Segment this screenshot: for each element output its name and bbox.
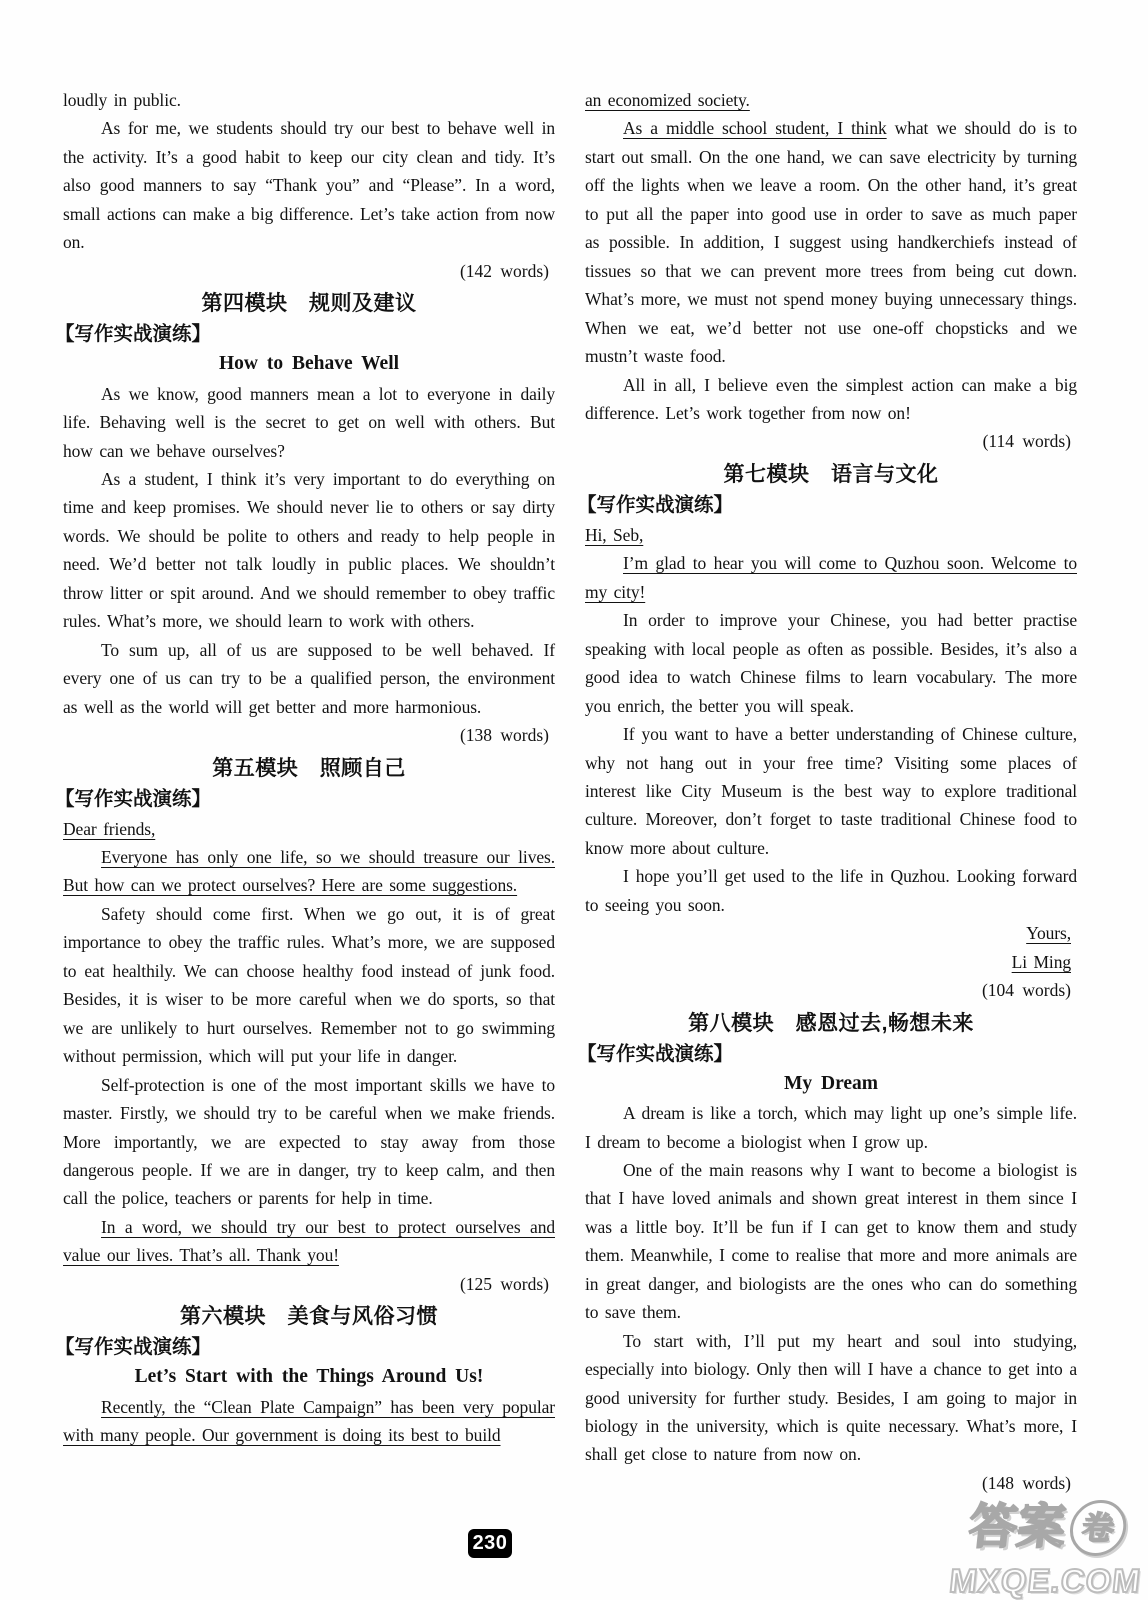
essay-title: My Dream [585,1070,1077,1098]
essay-title: How to Behave Well [63,350,555,378]
paragraph-underlined: I’m glad to hear you will come to Quzhou… [585,549,1077,606]
right-column: an economized society. As a middle schoo… [585,86,1077,1497]
writing-practice-label: 【写作实战演练】 [577,491,1077,520]
paragraph-underlined: Recently, the “Clean Plate Campaign” has… [63,1393,555,1450]
paragraph-continuation: loudly in public. [63,86,555,114]
essay-title: Let’s Start with the Things Around Us! [63,1363,555,1391]
paragraph-continuation-underlined: an economized society. [585,86,1077,114]
watermark-circle-icon: 卷 [1067,1500,1129,1556]
letter-salutation: Dear friends, [63,815,555,843]
writing-practice-label: 【写作实战演练】 [55,320,555,349]
paragraph: As a student, I think it’s very importan… [63,465,555,636]
writing-practice-label: 【写作实战演练】 [577,1040,1077,1069]
watermark-logo: 答案 卷 [952,1500,1143,1556]
word-count: (114 words) [585,427,1077,455]
page-number-badge: 230 [468,1529,512,1558]
writing-practice-label: 【写作实战演练】 [55,1333,555,1362]
paragraph: To start with, I’ll put my heart and sou… [585,1327,1077,1469]
underlined-text: As a middle school student, I think [623,118,887,138]
paragraph: A dream is like a torch, which may light… [585,1099,1077,1156]
paragraph: As for me, we students should try our be… [63,114,555,256]
paragraph: In order to improve your Chinese, you ha… [585,606,1077,720]
left-column: loudly in public. As for me, we students… [63,86,555,1450]
word-count: (104 words) [585,976,1077,1004]
paragraph: All in all, I believe even the simplest … [585,371,1077,428]
watermark-text-answer: 答案 [967,1504,1068,1552]
paragraph: Safety should come first. When we go out… [63,900,555,1071]
plain-text: what we should do is to start out small.… [585,118,1077,366]
paragraph: I hope you’ll get used to the life in Qu… [585,862,1077,919]
module-heading-5: 第五模块 照顾自己 [63,754,555,783]
paragraph-underlined: In a word, we should try our best to pro… [63,1213,555,1270]
letter-signature: Yours, [585,919,1077,947]
word-count: (138 words) [63,721,555,749]
underlined-text: Dear friends, [63,819,155,839]
paragraph: As we know, good manners mean a lot to e… [63,380,555,465]
word-count: (125 words) [63,1270,555,1298]
paragraph: One of the main reasons why I want to be… [585,1156,1077,1327]
word-count: (142 words) [63,257,555,285]
underlined-text: Hi, Seb, [585,525,643,545]
word-count: (148 words) [585,1469,1077,1497]
module-heading-7: 第七模块 语言与文化 [585,460,1077,489]
paragraph: Self-protection is one of the most impor… [63,1071,555,1213]
module-heading-4: 第四模块 规则及建议 [63,289,555,318]
paragraph-underlined: Everyone has only one life, so we should… [63,843,555,900]
underlined-text: Yours, [1026,923,1071,943]
paragraph: To sum up, all of us are supposed to be … [63,636,555,721]
module-heading-8: 第八模块 感恩过去,畅想未来 [585,1009,1077,1038]
writing-practice-label: 【写作实战演练】 [55,785,555,814]
underlined-text: Li Ming [1012,952,1071,972]
letter-salutation: Hi, Seb, [585,521,1077,549]
paragraph-partial-underline: As a middle school student, I think what… [585,114,1077,370]
watermark-site-text: MXQE.COM [948,1564,1136,1597]
watermark: 答案 卷 MXQE.COM [948,1500,1143,1597]
module-heading-6: 第六模块 美食与风俗习惯 [63,1302,555,1331]
underlined-text: an economized society. [585,90,750,110]
paragraph: If you want to have a better understandi… [585,720,1077,862]
letter-signature-name: Li Ming [585,948,1077,976]
